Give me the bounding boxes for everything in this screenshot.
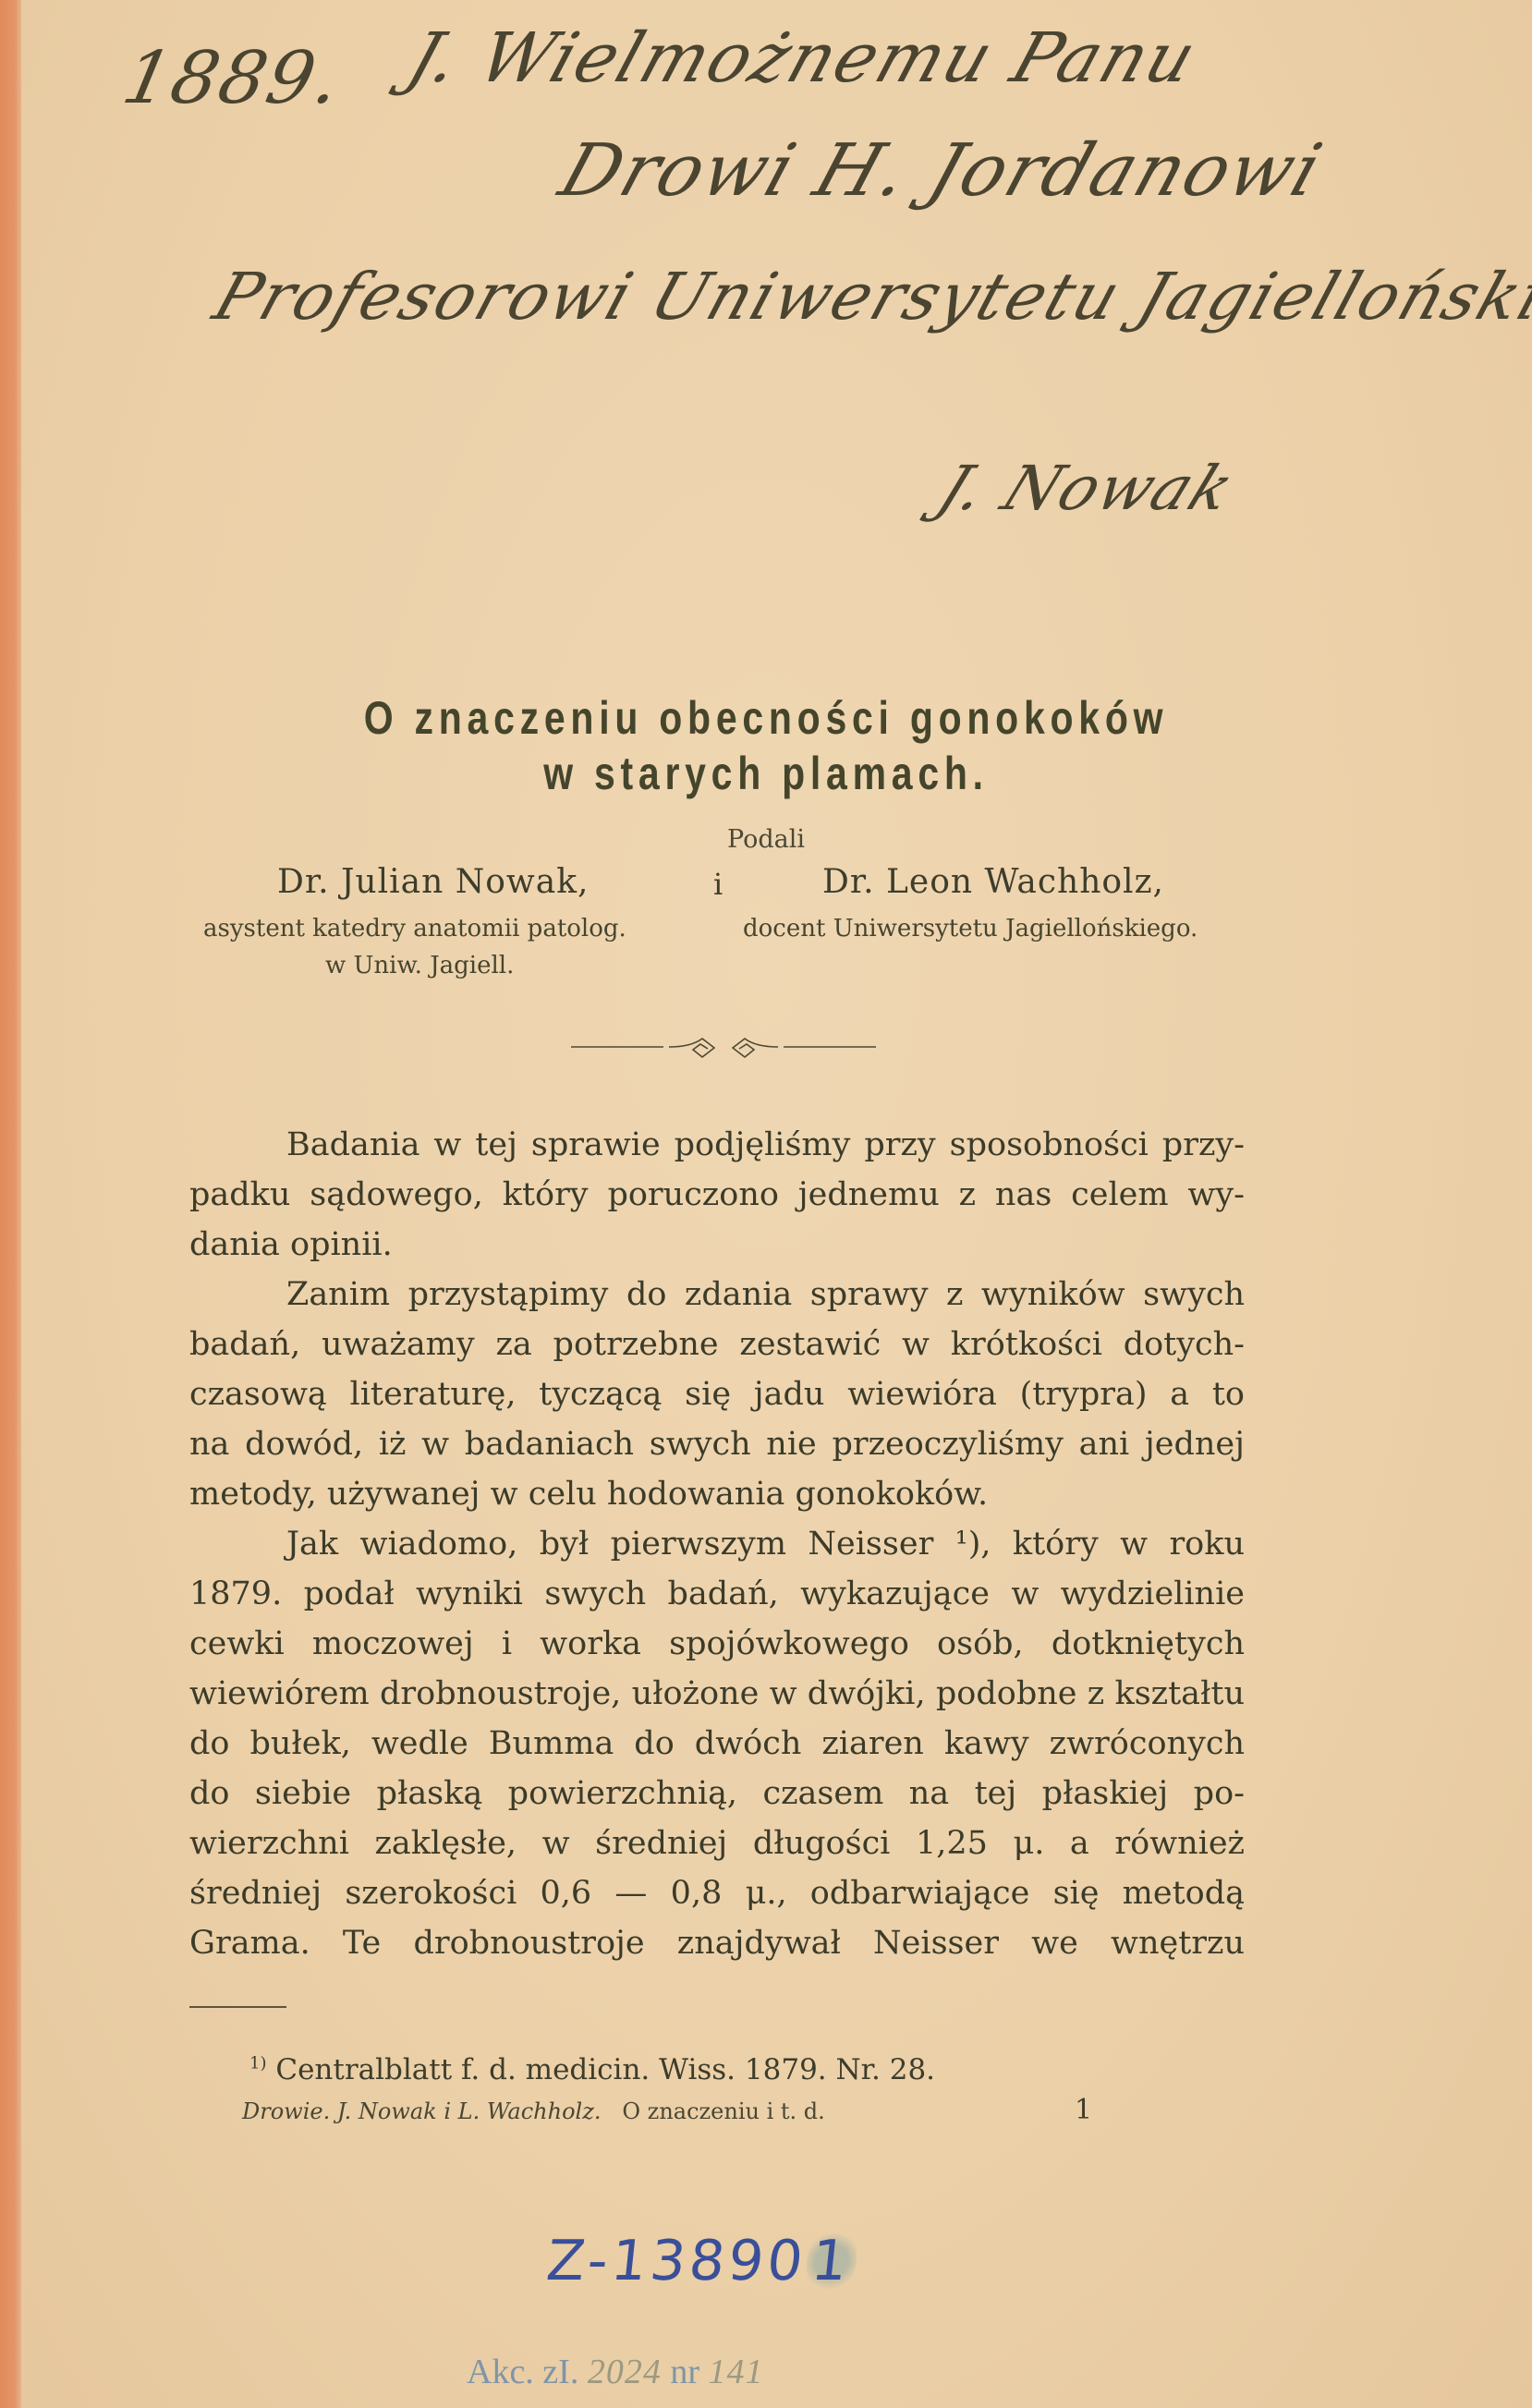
inscription-line-1: J. Wielmożnemu Panu bbox=[398, 18, 1207, 98]
page-number: 1 bbox=[1075, 2094, 1092, 2126]
page-edge-strip bbox=[0, 0, 21, 2408]
inscription-year: 1889. bbox=[116, 37, 348, 120]
footnote: 1) Centralblatt f. d. medicin. Wiss. 187… bbox=[249, 2053, 935, 2086]
document-page: 1889. J. Wielmożnemu Panu Drowi H. Jorda… bbox=[0, 0, 1532, 2408]
body-line: cewki moczowej i worka spojówkowego osób… bbox=[189, 1619, 1245, 1669]
footnote-text: Centralblatt f. d. medicin. Wiss. 1879. … bbox=[275, 2053, 935, 2086]
author-name-2: Dr. Leon Wachholz, bbox=[822, 863, 1164, 901]
body-line: Grama. Te drobnoustroje znajdywał Neisse… bbox=[189, 1918, 1245, 1968]
title-line-1: O znaczeniu obecności gonokoków bbox=[138, 691, 1394, 745]
body-line: Badania w tej sprawie podjęliśmy przy sp… bbox=[189, 1120, 1245, 1170]
body-line: wierzchni zaklęsłe, w średniej długości … bbox=[189, 1818, 1245, 1868]
body-line: badań, uważamy za potrzebne zestawić w k… bbox=[189, 1320, 1245, 1369]
inscription-signature: J. Nowak bbox=[928, 453, 1246, 524]
body-line: na dowód, iż w badaniach swych nie przeo… bbox=[189, 1419, 1245, 1469]
footnote-marker: 1) bbox=[249, 2054, 266, 2074]
title-line-2: w starych plamach. bbox=[138, 747, 1394, 800]
body-line: średniej szerokości 0,6 — 0,8 μ., odbarw… bbox=[189, 1868, 1245, 1918]
accession-year: 2024 bbox=[588, 2353, 662, 2391]
call-number-last-digit: 1 bbox=[803, 2229, 860, 2293]
ornament-divider-icon bbox=[571, 1033, 876, 1061]
body-line: padku sądowego, który poruczono jednemu … bbox=[189, 1170, 1245, 1220]
accession-nr-label: nr bbox=[670, 2353, 699, 2391]
author-conjunction: i bbox=[713, 867, 723, 902]
body-line: do siebie płaską powierzchnią, czasem na… bbox=[189, 1769, 1245, 1818]
body-line: Jak wiadomo, był pierwszym Neisser ¹), k… bbox=[189, 1519, 1245, 1569]
author-1-affiliation-line-1: asystent katedry anatomii patolog. bbox=[203, 915, 626, 943]
body-line: dania opinii. bbox=[189, 1220, 1245, 1270]
running-footer-title: O znaczeniu i t. d. bbox=[622, 2098, 824, 2124]
author-2-affiliation: docent Uniwersytetu Jagiellońskiego. bbox=[743, 915, 1198, 943]
inscription-line-3: Profesorowi Uniwersytetu Jagiellońskiego bbox=[205, 259, 1532, 334]
call-number-prefix: Z-13890 bbox=[543, 2229, 809, 2293]
footnote-rule bbox=[189, 2006, 286, 2008]
call-number: Z-138901 bbox=[543, 2229, 859, 2293]
body-line: do bułek, wedle Bumma do dwóch ziaren ka… bbox=[189, 1719, 1245, 1769]
body-text: Badania w tej sprawie podjęliśmy przy sp… bbox=[189, 1120, 1245, 1968]
body-line: wiewiórem drobnoustroje, ułożone w dwójk… bbox=[189, 1669, 1245, 1719]
byline-label: Podali bbox=[0, 825, 1532, 854]
accession-label: Akc. zI. bbox=[467, 2353, 578, 2391]
body-line: Zanim przystąpimy do zdania sprawy z wyn… bbox=[189, 1270, 1245, 1320]
inscription-line-2: Drowi H. Jordanowi bbox=[550, 129, 1332, 213]
author-name-1: Dr. Julian Nowak, bbox=[277, 863, 589, 901]
running-footer-authors: Drowie. J. Nowak i L. Wachholz. bbox=[242, 2098, 601, 2124]
body-line: 1879. podał wyniki swych badań, wykazują… bbox=[189, 1569, 1245, 1619]
accession-number: 141 bbox=[709, 2353, 764, 2391]
author-1-affiliation-line-2: w Uniw. Jagiell. bbox=[325, 952, 514, 979]
accession-stamp: Akc. zI. 2024 nr 141 bbox=[467, 2352, 764, 2392]
body-line: czasową literaturę, tyczącą się jadu wie… bbox=[189, 1369, 1245, 1419]
running-footer: Drowie. J. Nowak i L. Wachholz. O znacze… bbox=[242, 2098, 825, 2124]
body-line: metody, używanej w celu hodowania gonoko… bbox=[189, 1469, 1245, 1519]
